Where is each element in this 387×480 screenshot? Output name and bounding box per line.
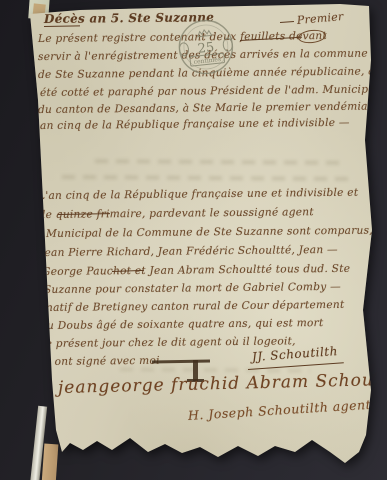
manuscript-line: été cotté et paraphé par nous Président … — [40, 83, 385, 99]
revenue-stamp: 25 centimes — [172, 16, 240, 80]
ink-bleedthrough — [95, 159, 345, 165]
manuscript-line: Municipal de la Commune de Ste Suzanne s… — [46, 225, 373, 240]
manuscript-line: L'an cinq de la République française une… — [38, 187, 358, 202]
title-underline-mark — [44, 25, 80, 27]
manuscript-line: George Pauchot et Jean Abram Schoultté t… — [42, 263, 350, 278]
ink-bleedthrough — [62, 175, 352, 181]
manuscript-line: an cinq de la République française une e… — [40, 117, 350, 132]
header-dash-mark — [280, 21, 294, 23]
manuscript-line: et ont signé avec moi — [40, 355, 160, 368]
manuscript-line: Suzanne pour constater la mort de Gabrie… — [44, 281, 341, 296]
manuscript-line: du canton de Desandans, à Ste Marie le p… — [38, 100, 383, 116]
manuscript-line: le présent jour chez le dit agent où il … — [42, 335, 296, 350]
stamp-unit: centimes — [193, 56, 221, 66]
archival-scan: Décès an 5. Ste Suzanne Premier Le prése… — [0, 0, 387, 480]
ink-dash-mark — [152, 359, 210, 363]
signature-main: jeangeorge fruchid Abram Schoutilth — [58, 369, 387, 398]
signature-agent: H. Joseph Schoutilth agent — [188, 397, 372, 423]
stamp-crown-icon — [197, 29, 212, 37]
manuscript-line: Jean Pierre Richard, Jean Frédéric Schou… — [40, 244, 338, 259]
manuscript-page: Décès an 5. Ste Suzanne Premier Le prése… — [0, 0, 387, 480]
manuscript-line: natif de Bretigney canton rural de Cour … — [46, 299, 345, 314]
manuscript-line: du Doubs âgé de soixante quatre ans, qui… — [40, 317, 324, 332]
paper-shadow-wrap: Décès an 5. Ste Suzanne Premier Le prése… — [0, 0, 387, 480]
folio-label: Premier — [296, 10, 344, 27]
